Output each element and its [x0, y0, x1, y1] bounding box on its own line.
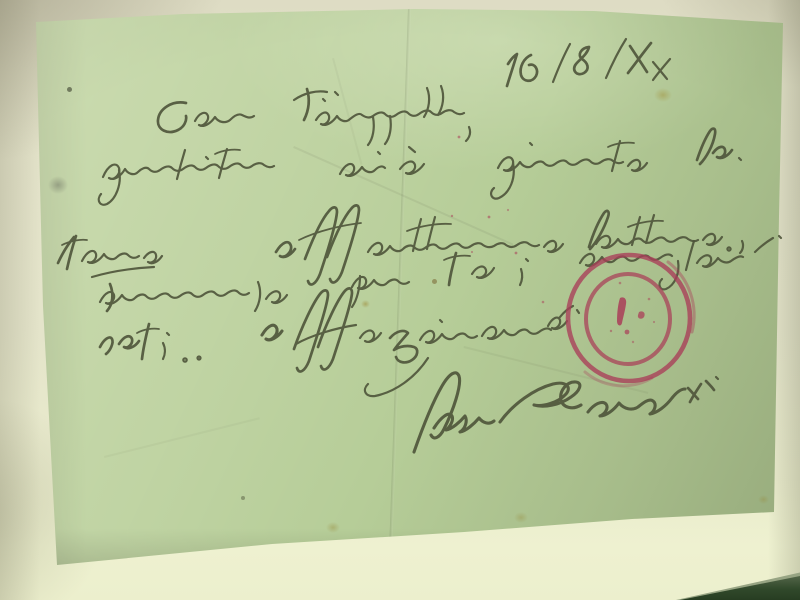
ink-speck: [241, 496, 245, 500]
ink-speck: [432, 279, 437, 284]
paper-crease: [332, 58, 362, 165]
ink-speck: [67, 87, 72, 92]
foxing-spot: [654, 88, 672, 102]
paper-crease: [104, 417, 260, 458]
paper-crease: [464, 346, 649, 394]
photo: 16/8/XX Caro (illegible name), gradita m…: [0, 0, 800, 600]
vertical-fold-crease: [389, 8, 411, 556]
letter-paper: [34, 6, 786, 568]
foxing-spot: [326, 522, 340, 533]
ink-smudge: [48, 176, 68, 194]
foxing-spot: [361, 300, 370, 308]
foxing-spot: [758, 495, 769, 504]
paper-crease: [293, 146, 513, 245]
foxing-spot: [514, 512, 528, 523]
